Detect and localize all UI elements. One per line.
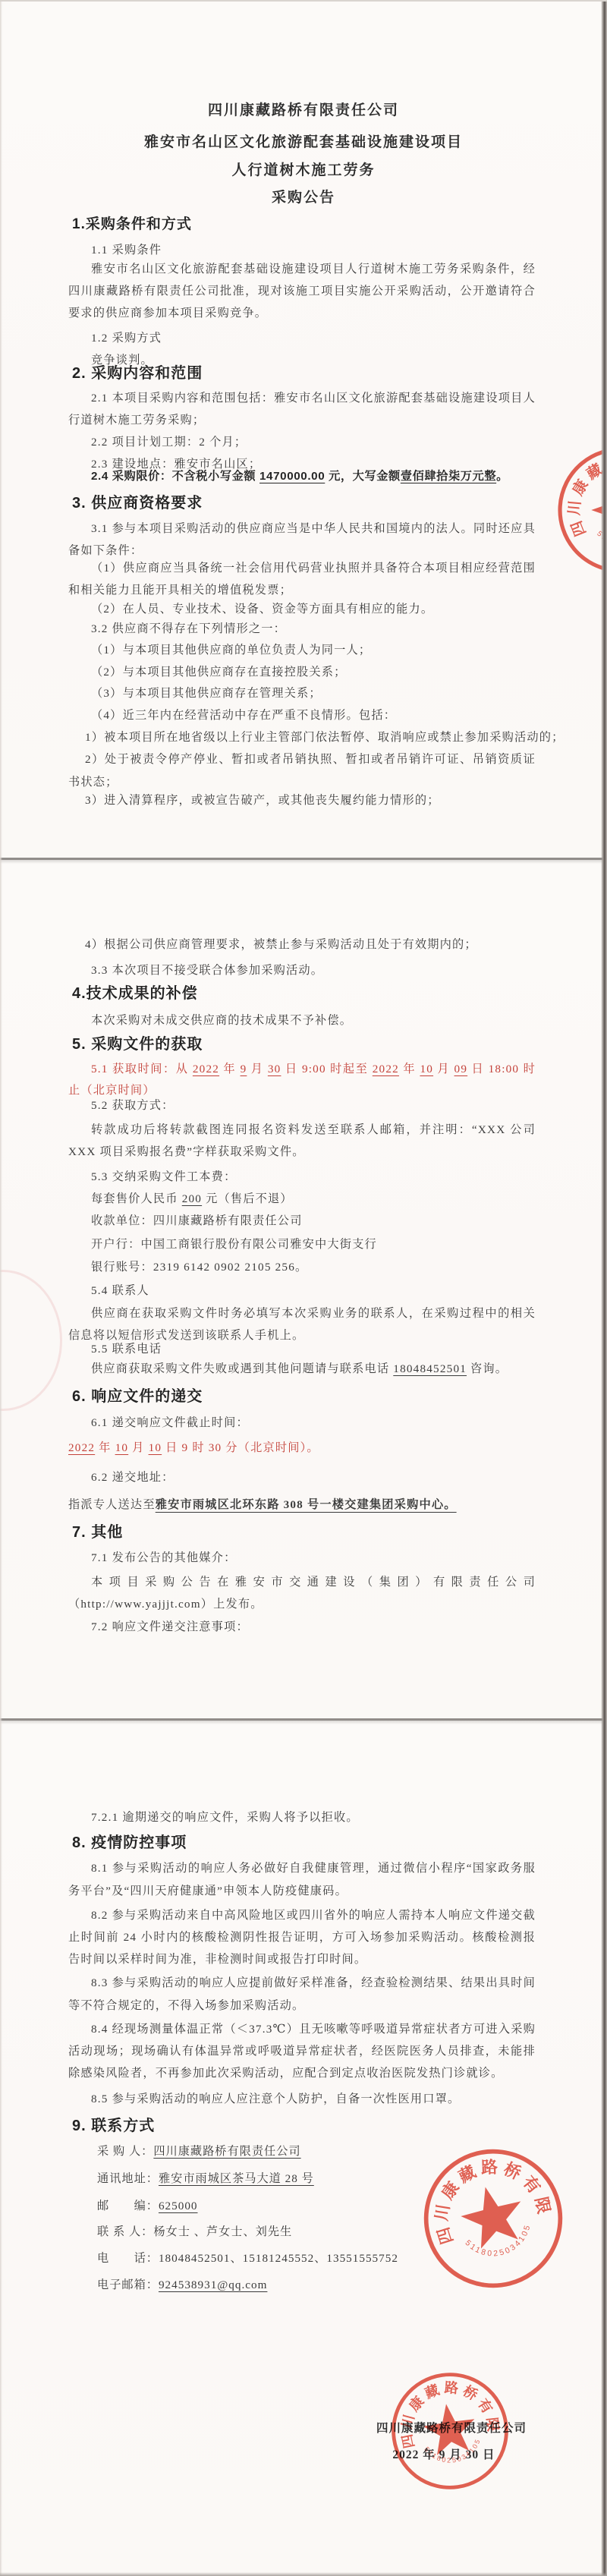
para-8-1: 8.1 参与采购活动的响应人务必做好自我健康管理，通过微信小程序“国家政务服务平… — [68, 1857, 536, 1903]
para-3-3: 3.3 本次项目不接受联合体参加采购活动。 — [68, 959, 536, 981]
person-value: 杨女士 、芦女士、刘先生 — [153, 2225, 292, 2238]
para-5-3-price: 每套售价人民币 200 元（售后不退） — [68, 1188, 536, 1210]
heading-7: 7. 其他 — [72, 1519, 539, 1542]
hotline-number: 18048452501 — [393, 1362, 467, 1375]
para-2-1: 2.1 本项目采购内容和范围包括：雅安市名山区文化旅游配套基础设施建设项目人行道… — [68, 387, 536, 431]
delivery-address: 雅安市雨城区北环东路 308 号一楼交建集团采购中心。 — [156, 1498, 457, 1511]
para-3-2-item2: （2）与本项目其他供应商存在直接控股关系； — [68, 661, 536, 683]
heading-6: 6. 响应文件的递交 — [72, 1384, 539, 1406]
d1: 年 — [95, 1441, 115, 1454]
t5: 月 — [433, 1063, 454, 1075]
d3: 日 9 时 30 分（北京时间）。 — [162, 1441, 319, 1454]
t1: 年 — [219, 1063, 241, 1075]
scan-edge-right — [601, 0, 607, 2576]
title-work: 人行道树木施工劳务 — [0, 159, 607, 179]
para-3-1-item1: （1）供应商应当具备统一社会信用代码营业执照并具备符合本项目相应经营范围和相关能… — [68, 557, 536, 601]
heading-3: 3. 供应商资格要求 — [72, 490, 539, 512]
para-5-3-account: 银行账号：2319 6142 0902 2105 256。 — [68, 1256, 536, 1278]
para-5-5: 5.5 联系电话 — [68, 1338, 536, 1360]
para-6-1: 6.1 递交响应文件截止时间： — [68, 1412, 536, 1434]
para-8-5: 8.5 参与采购活动的响应人应注意个人防护，自备一次性医用口罩。 — [68, 2088, 536, 2110]
para-5-2: 5.2 获取方式： — [68, 1094, 536, 1116]
price-numeric: 1470000.00 — [259, 470, 325, 483]
para-3-2-sub1: 1）被本项目所在地省级以上行业主管部门依法暂停、取消响应或禁止参加采购活动的； — [68, 726, 536, 748]
company-seal-partial: 四川康藏路桥有限责任公司 5118025034105 — [539, 428, 607, 593]
delivery-prefix: 指派专人送达至 — [68, 1498, 156, 1511]
title-company: 四川康藏路桥有限责任公司 — [0, 99, 607, 119]
purchaser-label: 采 购 人： — [97, 2145, 153, 2158]
para-5-3: 5.3 交纳采购文件工本费： — [68, 1166, 536, 1188]
para-3-2-sub4: 4）根据公司供应商管理要求，被禁止参与采购活动且处于有效期内的； — [68, 934, 536, 956]
price-suffix: 。 — [496, 470, 508, 483]
para-6-2-address: 指派专人送达至雅安市雨城区北环东路 308 号一楼交建集团采购中心。 — [68, 1494, 536, 1516]
scan-edge-top — [0, 0, 607, 2]
para-7-2: 7.2 响应文件递交注意事项： — [68, 1616, 536, 1638]
price-mid: 元，大写金额 — [325, 470, 401, 483]
para-5-3-bank: 开户行：中国工商银行股份有限公司雅安中大街支行 — [68, 1233, 536, 1255]
para-5-3-payee: 收款单位：四川康藏路桥有限责任公司 — [68, 1210, 536, 1232]
para-4: 本次采购对未成交供应商的技术成果不予补偿。 — [68, 1009, 536, 1031]
para-5-5-detail: 供应商获取采购文件失败或遇到其他问题请与联系电话 18048452501 咨询。 — [68, 1358, 536, 1380]
para-5-2-detail: 转款成功后将转款截图连同报名资料发送至联系人邮箱，并注明：“XXX 公司 XXX… — [68, 1119, 536, 1163]
obtain-end-day: 09 — [454, 1063, 468, 1075]
para-3-1: 3.1 参与本项目采购活动的供应商应当是中华人民共和国境内的法人。同时还应具备如… — [68, 518, 536, 562]
para-3-2-item3: （3）与本项目其他供应商存在管理关系； — [68, 682, 536, 704]
price-prefix: 2.4 采购限价：不含税小写金额 — [91, 470, 259, 483]
para-3-1-item2: （2）在人员、专业技术、设备、资金等方面具有相应的能力。 — [68, 598, 536, 620]
para-3-2-sub3: 3）进入清算程序，或被宣告破产，或其他丧失履约能力情形的； — [68, 789, 536, 811]
purchaser-value: 四川康藏路桥有限责任公司 — [153, 2145, 300, 2158]
page-3: 7.2.1 逾期递交的响应文件，采购人将予以拒收。 8. 疫情防控事项 8.1 … — [0, 1721, 607, 2576]
seal-bleedthrough-mark — [0, 1270, 62, 1411]
para-7-2-1: 7.2.1 逾期递交的响应文件，采购人将予以拒收。 — [68, 1806, 536, 1828]
t4: 年 — [399, 1063, 420, 1075]
para-6-2: 6.2 递交地址： — [68, 1466, 536, 1488]
obtain-end-year: 2022 — [373, 1063, 399, 1075]
email-value: 924538931@qq.com — [159, 2278, 267, 2291]
deadline-month: 10 — [115, 1441, 129, 1454]
obtain-start-day: 30 — [268, 1063, 281, 1075]
para-5-4: 5.4 联系人 — [68, 1280, 536, 1302]
zip-value: 625000 — [159, 2200, 198, 2212]
para-2-4-price-limit: 2.4 采购限价：不含税小写金额 1470000.00 元，大写金额壹佰肆拾柒万… — [68, 468, 536, 483]
svg-text:四川康藏路桥有限责任公司: 四川康藏路桥有限责任公司 — [539, 428, 607, 546]
para-7-1: 7.1 发布公告的其他媒介： — [68, 1547, 536, 1569]
para-3-2-item1: （1）与本项目其他供应商的单位负责人为同一人； — [68, 639, 536, 661]
sub-1-2: 1.2 采购方式 — [68, 327, 536, 349]
scan-edge-left — [0, 0, 2, 2576]
phone-value: 18048452501、15181245552、13551555752 — [159, 2252, 398, 2265]
title-project: 雅安市名山区文化旅游配套基础设施建设项目 — [0, 131, 607, 151]
scanned-procurement-announcement: 四川康藏路桥有限责任公司 雅安市名山区文化旅游配套基础设施建设项目 人行道树木施… — [0, 0, 607, 2576]
page-1: 四川康藏路桥有限责任公司 雅安市名山区文化旅游配套基础设施建设项目 人行道树木施… — [0, 0, 607, 858]
t3: 日 9:00 时起至 — [281, 1063, 372, 1075]
para-2-2: 2.2 项目计划工期：2 个月； — [68, 431, 536, 453]
company-seal-signature: 四川康藏路桥有限责任公司 5118025034105 — [382, 2363, 519, 2500]
hotline-prefix: 供应商获取采购文件失败或遇到其他问题请与联系电话 — [91, 1362, 393, 1375]
para-1-1: 雅安市名山区文化旅游配套基础设施建设项目人行道树木施工劳务采购条件，经四川康藏路… — [68, 258, 536, 324]
deadline-year: 2022 — [68, 1441, 95, 1454]
hotline-suffix: 咨询。 — [467, 1362, 508, 1375]
t0: 5.1 获取时间：从 — [91, 1063, 193, 1075]
seal-ring-text: 四川康藏路桥有限责任公司 — [539, 428, 607, 546]
page-break-1 — [0, 858, 607, 860]
email-label: 电子邮箱： — [97, 2278, 159, 2291]
address-label: 通讯地址： — [97, 2172, 159, 2185]
para-8-3: 8.3 参与采购活动的响应人应提前做好采样准备，经查验检测结果、结果出具时间等不… — [68, 1972, 536, 2017]
deadline-day: 10 — [149, 1441, 162, 1454]
fee-suffix: 元（售后不退） — [202, 1192, 293, 1205]
scan-edge-bottom — [0, 2572, 607, 2576]
phone-label: 电 话： — [97, 2252, 159, 2265]
d2: 月 — [128, 1441, 148, 1454]
heading-2: 2. 采购内容和范围 — [72, 361, 539, 383]
para-7-1-detail: 本项目采购公告在雅安市交通建设（集团）有限责任公司（http://www.yaj… — [68, 1571, 536, 1615]
t2: 月 — [247, 1063, 268, 1075]
person-label: 联 系 人： — [97, 2225, 153, 2238]
heading-8: 8. 疫情防控事项 — [72, 1830, 539, 1852]
price-words: 壹佰肆拾柒万元整 — [401, 470, 496, 483]
fee-prefix: 每套售价人民币 — [91, 1192, 182, 1205]
obtain-start-year: 2022 — [193, 1063, 219, 1075]
address-value: 雅安市雨城区茶马大道 28 号 — [159, 2172, 314, 2185]
title-doc-type: 采购公告 — [0, 186, 607, 206]
heading-9: 9. 联系方式 — [72, 2113, 539, 2135]
heading-1: 1.采购条件和方式 — [72, 213, 539, 233]
para-8-4: 8.4 经现场测量体温正常（＜37.3℃）且无咳嗽等呼吸道异常症状者方可进入采购… — [68, 2018, 536, 2084]
para-3-2-sub2: 2）处于被责令停产停业、暂扣或者吊销执照、暂扣或者吊销许可证、吊销资质证书状态； — [68, 748, 536, 794]
heading-5: 5. 采购文件的获取 — [72, 1031, 539, 1053]
heading-4: 4.技术成果的补偿 — [72, 981, 539, 1003]
page-break-2 — [0, 1718, 607, 1721]
page-2: 4）根据公司供应商管理要求，被禁止参与采购活动且处于有效期内的； 3.3 本次项… — [0, 860, 607, 1718]
para-3-2: 3.2 供应商不得存在下列情形之一： — [68, 618, 536, 640]
para-8-2: 8.2 参与采购活动来自中高风险地区或四川省外的响应人需持本人响应文件递交截止时… — [68, 1904, 536, 1970]
fee-amount: 200 — [182, 1192, 202, 1205]
para-3-2-item4: （4）近三年内在经营活动中存在严重不良情形。包括： — [68, 704, 536, 726]
para-6-1-deadline: 2022 年 10 月 10 日 9 时 30 分（北京时间）。 — [68, 1437, 536, 1459]
zip-label: 邮 编： — [97, 2200, 159, 2212]
obtain-end-month: 10 — [420, 1063, 433, 1075]
